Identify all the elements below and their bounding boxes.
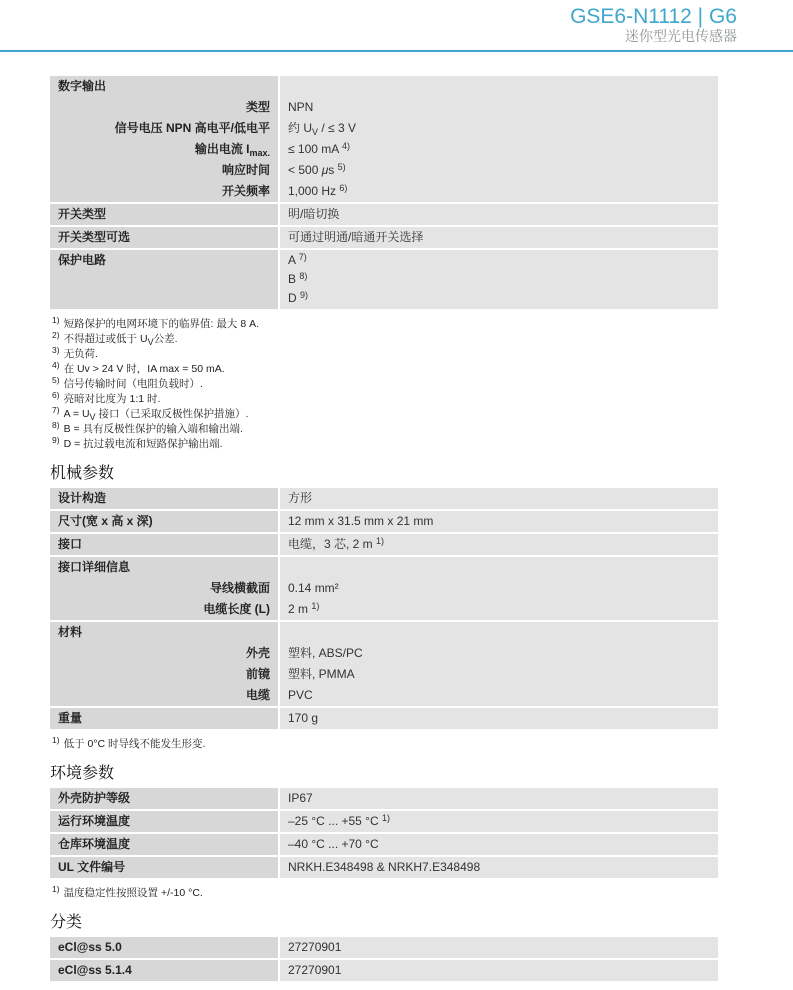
row-label: 输出电流 Imax. [50,139,278,160]
text-part: UL 文件编号 [58,860,125,874]
spec-content: 数字输出类型NPN信号电压 NPN 高电平/低电平约 UV / ≤ 3 V输出电… [50,76,718,981]
text-part: 可通过明通/暗通开关选择 [288,230,423,244]
text-part: 信号电压 NPN 高电平/低电平 [115,121,270,135]
footnote: 8)B = 具有反极性保护的输入端和输出端. [52,422,718,437]
table-row: 接口详细信息 [50,555,718,578]
text-part: < 500 [288,163,322,177]
footnote: 4)在 Uv > 24 V 时，IA max = 50 mA. [52,362,718,377]
row-label: 信号电压 NPN 高电平/低电平 [50,118,278,139]
row-value: 电缆，3 芯, 2 m 1) [280,534,718,555]
value-line: 明/暗切换 [288,207,710,222]
row-value: 27270901 [280,960,718,981]
text-part: V [312,127,318,137]
text-part: 类型 [246,100,270,114]
row-label: 开关频率 [50,181,278,202]
row-value [280,76,718,97]
row-value: PVC [280,685,718,706]
text-part: 方形 [288,491,312,505]
table-row: 数字输出 [50,76,718,97]
spec-table-classification: eCl@ss 5.027270901eCl@ss 5.1.427270901 [50,937,718,981]
value-line: 27270901 [288,940,710,955]
row-label: UL 文件编号 [50,857,278,878]
table-row: UL 文件编号NRKH.E348498 & NRKH7.E348498 [50,855,718,878]
row-label: 尺寸(宽 x 高 x 深) [50,511,278,532]
row-label: 外壳 [50,643,278,664]
value-line: IP67 [288,791,710,806]
text-part: D = 抗过载电流和短路保护输出端. [64,438,223,450]
footnote-marker: 8) [52,420,60,430]
value-line: –25 °C ... +55 °C 1) [288,814,710,829]
text-part: –25 °C ... +55 °C [288,814,382,828]
text-part: B [288,272,299,286]
text-part: 接口详细信息 [58,560,130,574]
value-line: 27270901 [288,963,710,978]
text-part: NRKH.E348498 & NRKH7.E348498 [288,860,480,874]
row-label: 开关类型可选 [50,227,278,248]
table-row: 导线横截面0.14 mm² [50,578,718,599]
text-part: 前镜 [246,667,270,681]
text-part: 开关类型 [58,207,106,221]
text-part: 运行环境温度 [58,814,130,828]
table-row: 外壳塑料, ABS/PC [50,643,718,664]
text-part: 接口 [58,537,82,551]
footnote: 1)温度稳定性按照设置 +/-10 °C. [52,886,718,901]
row-value: 2 m 1) [280,599,718,620]
text-part: V [90,412,96,422]
text-part: 电缆，3 芯, 2 m [288,537,376,551]
table-row: 运行环境温度–25 °C ... +55 °C 1) [50,809,718,832]
row-label: 数字输出 [50,76,278,97]
table-row: 尺寸(宽 x 高 x 深)12 mm x 31.5 mm x 21 mm [50,509,718,532]
footnote: 2)不得超过或低于 UV公差. [52,332,718,347]
footnote: 6)亮暗对比度为 1:1 时. [52,392,718,407]
value-line: 170 g [288,711,710,726]
row-value: NPN [280,97,718,118]
footnote: 7)A = UV 接口（已采取反极性保护措施）. [52,407,718,422]
footnote-text: 温度稳定性按照设置 +/-10 °C. [64,887,203,899]
footnote-marker: 9) [52,435,60,445]
table-row: 开关类型可选可通过明通/暗通开关选择 [50,225,718,248]
section-heading-environment: 环境参数 [50,764,718,784]
text-part: 9) [300,290,308,300]
footnote: 9)D = 抗过载电流和短路保护输出端. [52,437,718,452]
text-part: B = 具有反极性保护的输入端和输出端. [64,423,243,435]
page-header: GSE6-N1112 | G6 迷你型光电传感器 [0,0,793,45]
text-part: 1) [311,601,319,611]
text-part: 170 g [288,711,318,725]
value-line: 塑料, ABS/PC [288,646,710,661]
text-part: max. [249,148,270,158]
section-heading-classification: 分类 [50,913,718,933]
text-part: 1) [382,813,390,823]
footnote: 5)信号传输时间（电阻负载时）. [52,377,718,392]
table-row: eCl@ss 5.1.427270901 [50,958,718,981]
row-label: 响应时间 [50,160,278,181]
row-label: eCl@ss 5.1.4 [50,960,278,981]
value-line: 0.14 mm² [288,581,710,596]
text-part: 温度稳定性按照设置 +/-10 °C. [64,887,203,899]
table-row: 电缆PVC [50,685,718,706]
value-line: 12 mm x 31.5 mm x 21 mm [288,514,710,529]
product-title: GSE6-N1112 | G6 [0,5,737,28]
row-value [280,557,718,578]
value-line: 可通过明通/暗通开关选择 [288,230,710,245]
text-part: 重量 [58,711,82,725]
text-part: 0.14 mm² [288,581,339,595]
text-part: ≤ 100 mA [288,142,342,156]
table-row: 开关类型明/暗切换 [50,202,718,225]
text-part: 数字输出 [58,79,106,93]
row-label: 保护电路 [50,250,278,309]
text-part: 外壳防护等级 [58,791,130,805]
text-part: 不得超过或低于 U [64,333,148,345]
row-value: –25 °C ... +55 °C 1) [280,811,718,832]
text-part: 8) [299,271,307,281]
text-part: 仓库环境温度 [58,837,130,851]
table-row: 保护电路A 7)B 8)D 9) [50,248,718,309]
table-row: 类型NPN [50,97,718,118]
text-part: 1) [376,536,384,546]
row-label: 电缆长度 (L) [50,599,278,620]
table-row: 前镜塑料, PMMA [50,664,718,685]
text-part: 1,000 Hz [288,184,339,198]
text-part: 电缆长度 (L) [203,602,270,616]
mechanical-footnotes: 1)低于 0°C 时导线不能发生形变. [52,737,718,752]
footnote-text: B = 具有反极性保护的输入端和输出端. [64,423,243,435]
text-part: 2 m [288,602,311,616]
footnote-marker: 5) [52,375,60,385]
header-rule [0,50,793,52]
row-label: 设计构造 [50,488,278,509]
value-line: –40 °C ... +70 °C [288,837,710,852]
text-part: 在 Uv > 24 V 时，IA max = 50 mA. [64,363,225,375]
value-line: < 500 μs 5) [288,163,710,178]
footnote-marker: 3) [52,345,60,355]
footnote: 1)低于 0°C 时导线不能发生形变. [52,737,718,752]
text-part: 无负荷. [64,348,98,360]
text-part: eCl@ss 5.0 [58,940,122,954]
text-part: 保护电路 [58,253,106,267]
row-label: 电缆 [50,685,278,706]
text-part: 输出电流 I [195,142,250,156]
row-value: 明/暗切换 [280,204,718,225]
text-part: 27270901 [288,963,341,977]
footnote-marker: 4) [52,360,60,370]
row-value: 1,000 Hz 6) [280,181,718,202]
footnote-marker: 1) [52,884,60,894]
value-line: 电缆，3 芯, 2 m 1) [288,537,710,552]
footnote-text: 不得超过或低于 UV公差. [64,333,178,345]
text-part: 4) [342,141,350,151]
text-part: 明/暗切换 [288,207,339,221]
text-part: 开关类型可选 [58,230,130,244]
text-part: 低于 0°C 时导线不能发生形变. [64,738,206,750]
row-label: 开关类型 [50,204,278,225]
text-part: PVC [288,688,313,702]
footnote-marker: 6) [52,390,60,400]
value-line: NPN [288,100,710,115]
spec-table-environment: 外壳防护等级IP67运行环境温度–25 °C ... +55 °C 1)仓库环境… [50,788,718,878]
row-label: eCl@ss 5.0 [50,937,278,958]
row-value: 可通过明通/暗通开关选择 [280,227,718,248]
row-label: 导线横截面 [50,578,278,599]
row-label: 接口 [50,534,278,555]
value-line: 塑料, PMMA [288,667,710,682]
text-part: 6) [339,183,347,193]
value-line: 1,000 Hz 6) [288,184,710,199]
footnote-text: 低于 0°C 时导线不能发生形变. [64,738,206,750]
footnote-marker: 2) [52,330,60,340]
text-part: eCl@ss 5.1.4 [58,963,132,977]
datasheet-page: GSE6-N1112 | G6 迷你型光电传感器 数字输出类型NPN信号电压 N… [0,0,793,990]
value-line: ≤ 100 mA 4) [288,142,710,157]
row-value: IP67 [280,788,718,809]
text-part: 外壳 [246,646,270,660]
value-line: 2 m 1) [288,602,710,617]
row-label: 接口详细信息 [50,557,278,578]
footnote-text: 在 Uv > 24 V 时，IA max = 50 mA. [64,363,225,375]
table-row: 输出电流 Imax.≤ 100 mA 4) [50,139,718,160]
row-value: NRKH.E348498 & NRKH7.E348498 [280,857,718,878]
table-row: 信号电压 NPN 高电平/低电平约 UV / ≤ 3 V [50,118,718,139]
footnote-text: 短路保护的电网环境下的临界值: 最大 8 A. [64,318,259,330]
text-part: D [288,291,300,305]
product-subtitle: 迷你型光电传感器 [0,28,737,45]
row-label: 外壳防护等级 [50,788,278,809]
row-label: 仓库环境温度 [50,834,278,855]
text-part: V [148,337,154,347]
text-part: 12 mm x 31.5 mm x 21 mm [288,514,433,528]
text-part: 材料 [58,625,82,639]
row-value: 塑料, ABS/PC [280,643,718,664]
spec-table-mechanical: 设计构造方形尺寸(宽 x 高 x 深)12 mm x 31.5 mm x 21 … [50,488,718,729]
footnote: 1)短路保护的电网环境下的临界值: 最大 8 A. [52,317,718,332]
text-part: A [288,253,299,267]
text-part: –40 °C ... +70 °C [288,837,379,851]
text-part: 27270901 [288,940,341,954]
row-value: 0.14 mm² [280,578,718,599]
row-value: 约 UV / ≤ 3 V [280,118,718,139]
row-label: 材料 [50,622,278,643]
row-value: 12 mm x 31.5 mm x 21 mm [280,511,718,532]
text-part: 塑料, ABS/PC [288,646,363,660]
row-value: < 500 μs 5) [280,160,718,181]
value-line: NRKH.E348498 & NRKH7.E348498 [288,860,710,875]
row-value: 方形 [280,488,718,509]
table-row: 仓库环境温度–40 °C ... +70 °C [50,832,718,855]
table-row: 开关频率1,000 Hz 6) [50,181,718,202]
row-label: 运行环境温度 [50,811,278,832]
value-line: 约 UV / ≤ 3 V [288,121,710,136]
text-part: 7) [299,252,307,262]
footnote-marker: 7) [52,405,60,415]
table-row: 重量170 g [50,706,718,729]
text-part: 导线横截面 [210,581,270,595]
value-line: B 8) [288,272,710,287]
footnote-text: 无负荷. [64,348,98,360]
text-part: 信号传输时间（电阻负载时）. [64,378,203,390]
row-label: 重量 [50,708,278,729]
text-part: 塑料, PMMA [288,667,355,681]
footnote: 3)无负荷. [52,347,718,362]
footnote-text: A = UV 接口（已采取反极性保护措施）. [64,408,249,420]
text-part: 5) [338,162,346,172]
text-part: 公差. [154,333,178,345]
row-value: 27270901 [280,937,718,958]
digital-output-footnotes: 1)短路保护的电网环境下的临界值: 最大 8 A.2)不得超过或低于 UV公差.… [52,317,718,452]
footnote-text: 信号传输时间（电阻负载时）. [64,378,203,390]
row-value [280,622,718,643]
value-line: 方形 [288,491,710,506]
text-part: 电缆 [246,688,270,702]
row-value: –40 °C ... +70 °C [280,834,718,855]
text-part: 设计构造 [58,491,106,505]
footnote-marker: 1) [52,315,60,325]
value-line: A 7) [288,253,710,268]
text-part: 响应时间 [222,163,270,177]
table-row: eCl@ss 5.027270901 [50,937,718,958]
text-part: 亮暗对比度为 1:1 时. [64,393,161,405]
row-value: 塑料, PMMA [280,664,718,685]
spec-table-digital-output: 数字输出类型NPN信号电压 NPN 高电平/低电平约 UV / ≤ 3 V输出电… [50,76,718,309]
text-part: 尺寸(宽 x 高 x 深) [58,514,153,528]
text-part: IP67 [288,791,313,805]
row-value: ≤ 100 mA 4) [280,139,718,160]
section-heading-mechanical: 机械参数 [50,464,718,484]
table-row: 外壳防护等级IP67 [50,788,718,809]
value-line: D 9) [288,291,710,306]
footnote-text: D = 抗过载电流和短路保护输出端. [64,438,223,450]
environment-footnotes: 1)温度稳定性按照设置 +/-10 °C. [52,886,718,901]
table-row: 电缆长度 (L)2 m 1) [50,599,718,620]
text-part: 接口（已采取反极性保护措施）. [96,408,249,420]
row-label: 前镜 [50,664,278,685]
footnote-marker: 1) [52,735,60,745]
row-value: 170 g [280,708,718,729]
row-label: 类型 [50,97,278,118]
text-part: 短路保护的电网环境下的临界值: 最大 8 A. [64,318,259,330]
text-part: / ≤ 3 V [318,121,356,135]
text-part: 约 U [288,121,312,135]
table-row: 材料 [50,620,718,643]
text-part: 开关频率 [222,184,270,198]
row-value: A 7)B 8)D 9) [280,250,718,309]
table-row: 接口电缆，3 芯, 2 m 1) [50,532,718,555]
table-row: 设计构造方形 [50,488,718,509]
text-part: NPN [288,100,313,114]
footnote-text: 亮暗对比度为 1:1 时. [64,393,161,405]
text-part: A = U [64,408,90,420]
value-line: PVC [288,688,710,703]
table-row: 响应时间< 500 μs 5) [50,160,718,181]
text-part: s [328,163,337,177]
